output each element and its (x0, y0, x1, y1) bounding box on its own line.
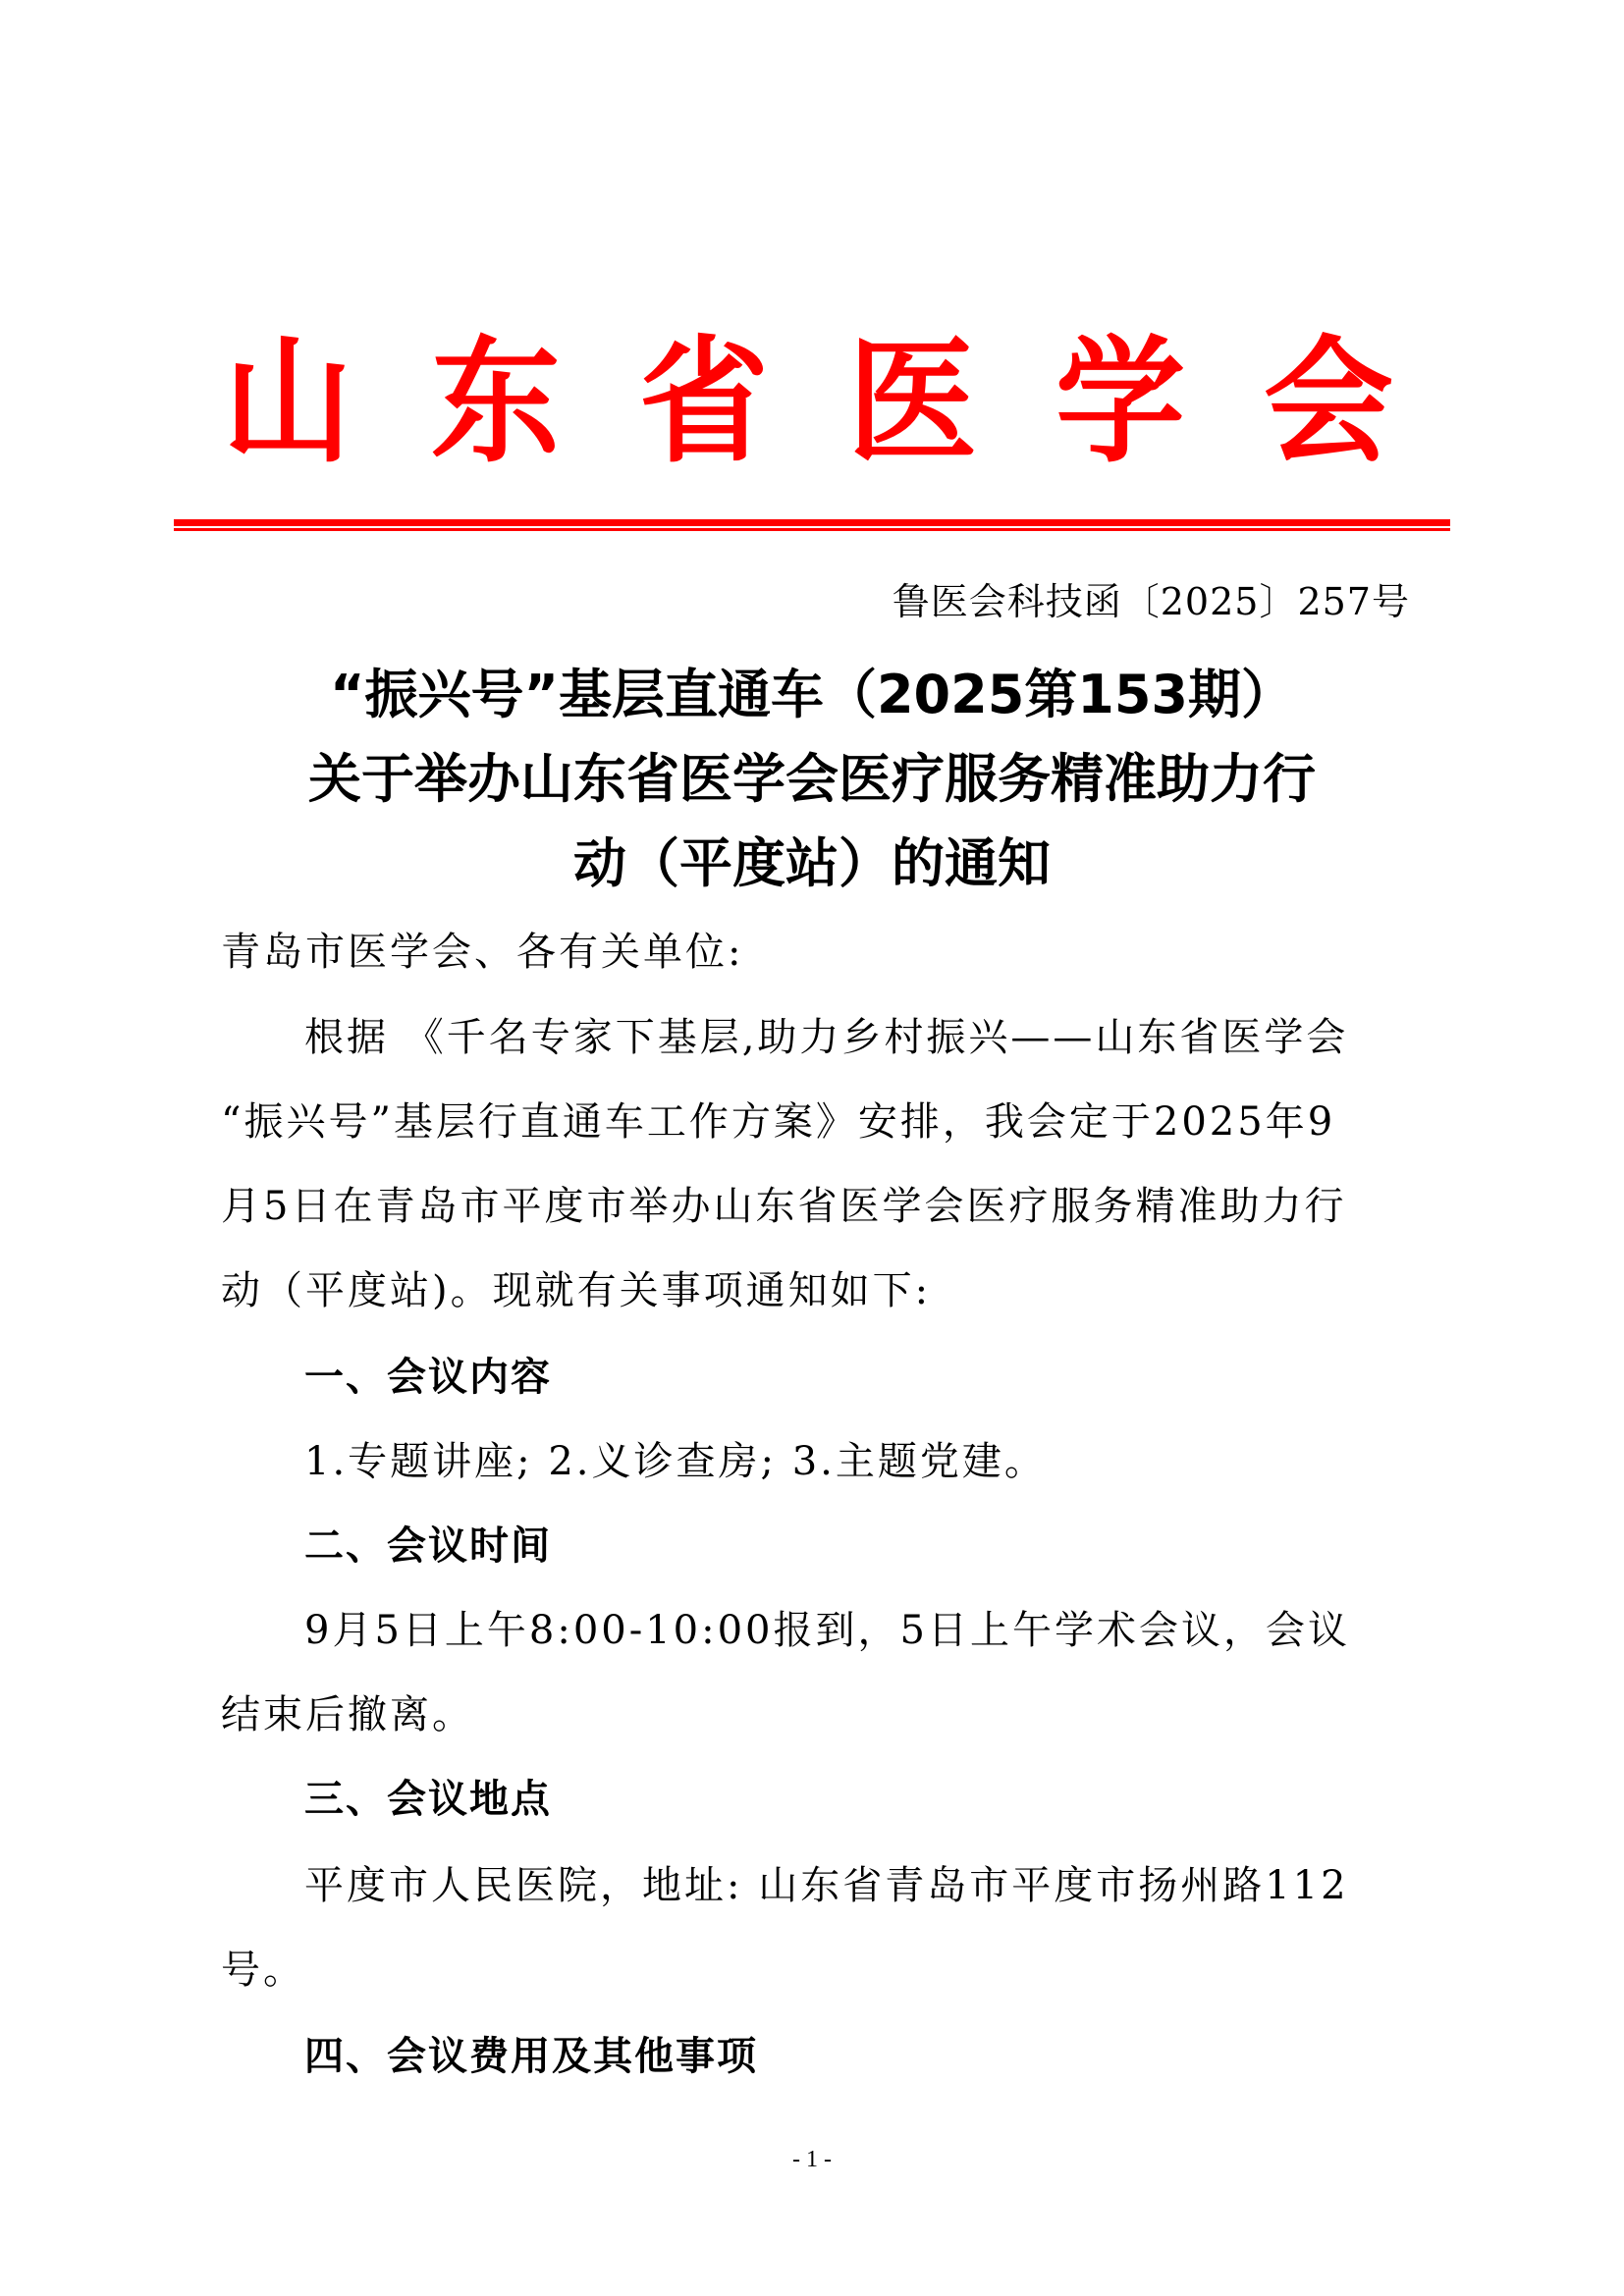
document-title: “振兴号”基层直通车（2025第153期） 关于举办山东省医学会医疗服务精准助力… (196, 653, 1428, 906)
title-line-1: “振兴号”基层直通车（2025第153期） (196, 653, 1428, 737)
masthead-organization-name: 山 东 省 医 学 会 (174, 329, 1450, 476)
intro-line-1: 根据 《千名专家下基层,助力乡村振兴——山东省医学会 (304, 1013, 1348, 1062)
section-heading-location: 三、会议地点 (304, 1775, 552, 1824)
masthead-char: 会 (1264, 325, 1393, 480)
intro-line-2: “振兴号”基层行直通车工作方案》安排，我会定于2025年9 (221, 1097, 1335, 1147)
section-heading-content: 一、会议内容 (304, 1353, 552, 1402)
intro-line-4: 动（平度站)。现就有关事项通知如下: (221, 1266, 931, 1315)
page-number: - 1 - (0, 2145, 1624, 2174)
intro-line-3: 月5日在青岛市平度市举办山东省医学会医疗服务精准助力行 (221, 1182, 1346, 1231)
masthead-char: 学 (1056, 325, 1185, 480)
masthead-char: 省 (639, 325, 769, 480)
document-number: 鲁医会科技函〔2025〕257号 (893, 577, 1410, 626)
section-content-line: 1.专题讲座; 2.义诊查房; 3.主题党建。 (304, 1437, 1047, 1486)
red-rule-thick (174, 519, 1450, 526)
red-rule-thin (174, 528, 1450, 531)
red-separator-rule (174, 519, 1450, 531)
section-location-line-1: 平度市人民医院，地址: 山东省青岛市平度市扬州路112 (304, 1861, 1349, 1910)
title-line-2: 关于举办山东省医学会医疗服务精准助力行 (196, 737, 1428, 822)
masthead-char: 医 (847, 325, 977, 480)
masthead-char: 山 (223, 325, 352, 480)
section-time-line-2: 结束后撤离。 (221, 1690, 474, 1739)
document-page: 山 东 省 医 学 会 鲁医会科技函〔2025〕257号 “振兴号”基层直通车（… (0, 0, 1624, 2296)
section-heading-fees: 四、会议费用及其他事项 (304, 2032, 758, 2081)
section-heading-time: 二、会议时间 (304, 1522, 552, 1571)
masthead-char: 东 (431, 325, 561, 480)
section-location-line-2: 号。 (221, 1946, 305, 1995)
section-time-line-1: 9月5日上午8:00-10:00报到，5日上午学术会议，会议 (304, 1606, 1350, 1655)
title-line-3: 动（平度站）的通知 (196, 822, 1428, 906)
salutation: 青岛市医学会、各有关单位: (221, 928, 743, 977)
